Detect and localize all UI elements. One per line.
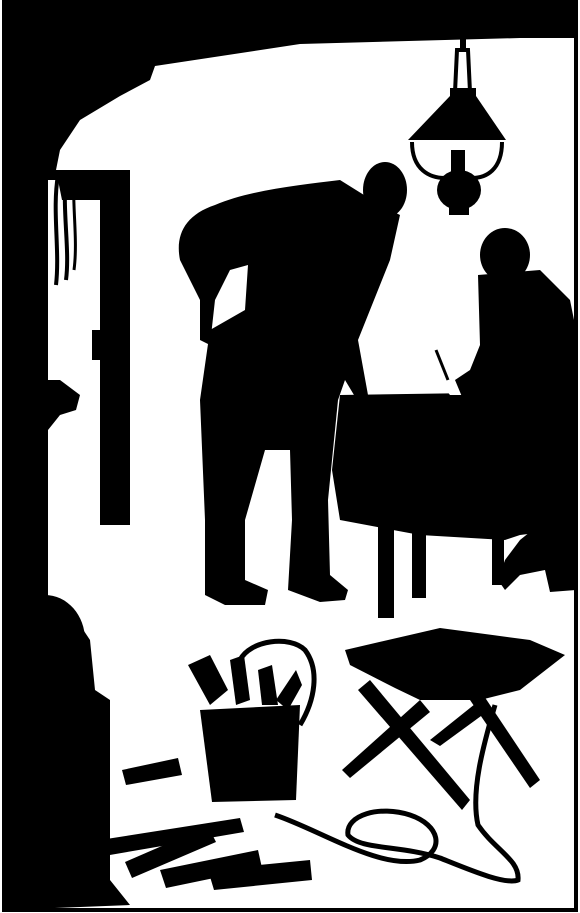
illustration [0,0,580,913]
